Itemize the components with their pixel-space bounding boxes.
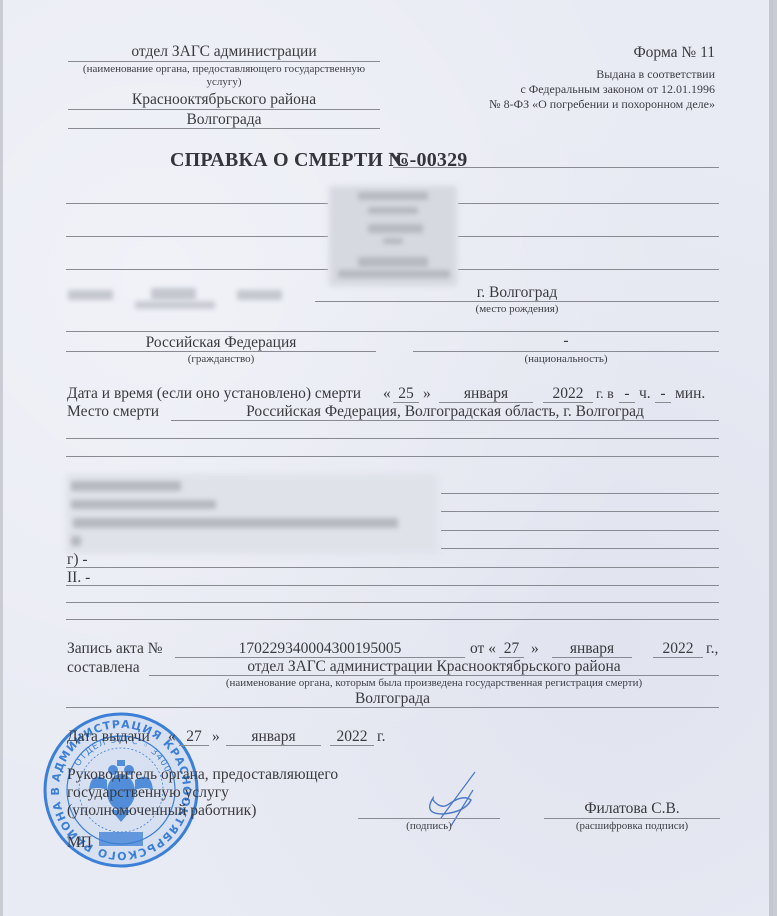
act-day: 27 [499,641,524,657]
cause-line-d [441,548,719,549]
certificate-title: СПРАВКА О СМЕРТИ № [170,150,409,170]
issue-day: 27 [179,729,209,745]
scan-edge [769,0,773,916]
issue-year: 2022 [330,729,374,745]
cause-line-c [441,530,719,531]
signatory-role-line1: Руководитель органа, предоставляющего [67,767,338,783]
redacted-text [368,224,423,233]
open-quote: « [383,386,391,402]
act-record-label: Запись акта № [67,641,163,657]
organ-name-line1: отдел ЗАГС администрации [68,44,380,60]
redacted-text [71,500,216,509]
redacted-text [358,257,428,267]
act-record-number: 170229340004300195005 [175,641,465,657]
underline [68,128,380,129]
redacted-text [383,238,403,244]
redacted-text [358,192,428,200]
death-hour: - [619,386,635,402]
redacted-birth-month [151,288,196,300]
year-suffix: г. в [596,388,614,402]
name-line [66,236,328,237]
underline [393,167,719,168]
minute-suffix: мин. [675,386,705,402]
organ-name-line3: Волгограда [68,112,380,128]
act-year: 2022 [653,641,703,657]
redacted-text [368,207,418,214]
death-place-value: Российская Федерация, Волгоградская обла… [171,404,719,420]
hour-suffix: ч. [639,386,651,402]
citizenship-caption: (гражданство) [66,354,376,365]
underline [68,109,380,110]
from-label: от « [470,641,496,657]
death-year: 2022 [543,386,593,402]
law-line3: № 8-ФЗ «О погребении и похоронном деле» [489,98,715,110]
close-quote: » [423,386,431,402]
signatory-role-line2: государственную услугу [67,785,229,801]
cause-line-a [441,493,719,494]
cause-ii: II. - [67,570,90,586]
underline [149,675,719,676]
redacted-birth-year [237,290,282,300]
close-quote: » [531,641,539,657]
blank-line [66,619,719,620]
cause-line-b [441,511,719,512]
signature-caption: (подпись) [358,821,500,832]
death-month: января [439,386,533,402]
birth-place: г. Волгоград [315,285,719,301]
blank-line [66,438,719,439]
redacted-birth-day [68,290,113,300]
organ-caption-2: услугу) [63,77,385,88]
form-number: Форма № 11 [633,45,715,61]
signatory-role-line3: (уполномоченный работник) [67,803,256,819]
underline [544,818,720,819]
compiled-label: составлена [67,660,140,676]
certificate-page: отдел ЗАГС администрации (наименование о… [3,0,773,916]
death-datetime-label: Дата и время (если оно установлено) смер… [67,386,361,402]
death-day: 25 [393,386,419,402]
patronymic-line-right [458,269,719,270]
underline [226,745,321,746]
close-quote: » [212,729,220,745]
underline [171,420,719,421]
underline [66,567,719,568]
issue-date-label: Дата выдачи [67,729,150,745]
cause-g: г) - [67,552,88,568]
underline [66,707,719,708]
underline [413,351,719,352]
open-quote: « [168,729,176,745]
underline [68,61,380,62]
redacted-text [73,518,398,528]
nationality-value: - [413,333,719,349]
law-line1: Выдана в соответствии [596,68,715,80]
redacted-text [71,481,181,491]
underline [655,402,671,403]
name-line-right [458,236,719,237]
signatory-name: Филатова С.В. [544,801,720,817]
birth-place-caption: (место рождения) [315,304,719,315]
citizenship-value: Российская Федерация [66,335,376,351]
act-year-suffix: г., [706,641,718,657]
blank-line [66,456,719,457]
patronymic-line [66,269,328,270]
organ-caption: (наименование органа, предоставляющего г… [63,64,385,75]
compiled-caption: (наименование органа, которым была произ… [149,678,719,689]
issue-month: января [226,729,321,745]
death-place-label: Место смерти [67,404,159,420]
redacted-birth-month [135,301,215,309]
signatory-name-caption: (расшифровка подписи) [544,821,720,832]
surname-line-right [458,203,719,204]
redacted-text [338,270,450,278]
underline [66,351,376,352]
signature-line [358,818,500,819]
underline [315,301,719,302]
organ-name-line2: Краснооктябрьского района [68,92,380,108]
underline [330,745,374,746]
nationality-caption: (национальность) [413,354,719,365]
law-line2: с Федеральным законом от 12.01.1996 [520,83,715,95]
blank-line [66,331,719,332]
death-minute: - [655,386,671,402]
blank-line [66,602,719,603]
underline [66,585,719,586]
act-month: января [552,641,632,657]
underline [653,657,703,658]
seal-label: МП [67,835,92,851]
compiled-by: отдел ЗАГС администрации Краснооктябрьск… [149,659,719,675]
compiled-by-2: Волгограда [66,691,719,707]
surname-line [66,203,328,204]
underline [179,745,209,746]
issue-year-suffix: г. [377,729,385,745]
redacted-text [71,536,81,546]
